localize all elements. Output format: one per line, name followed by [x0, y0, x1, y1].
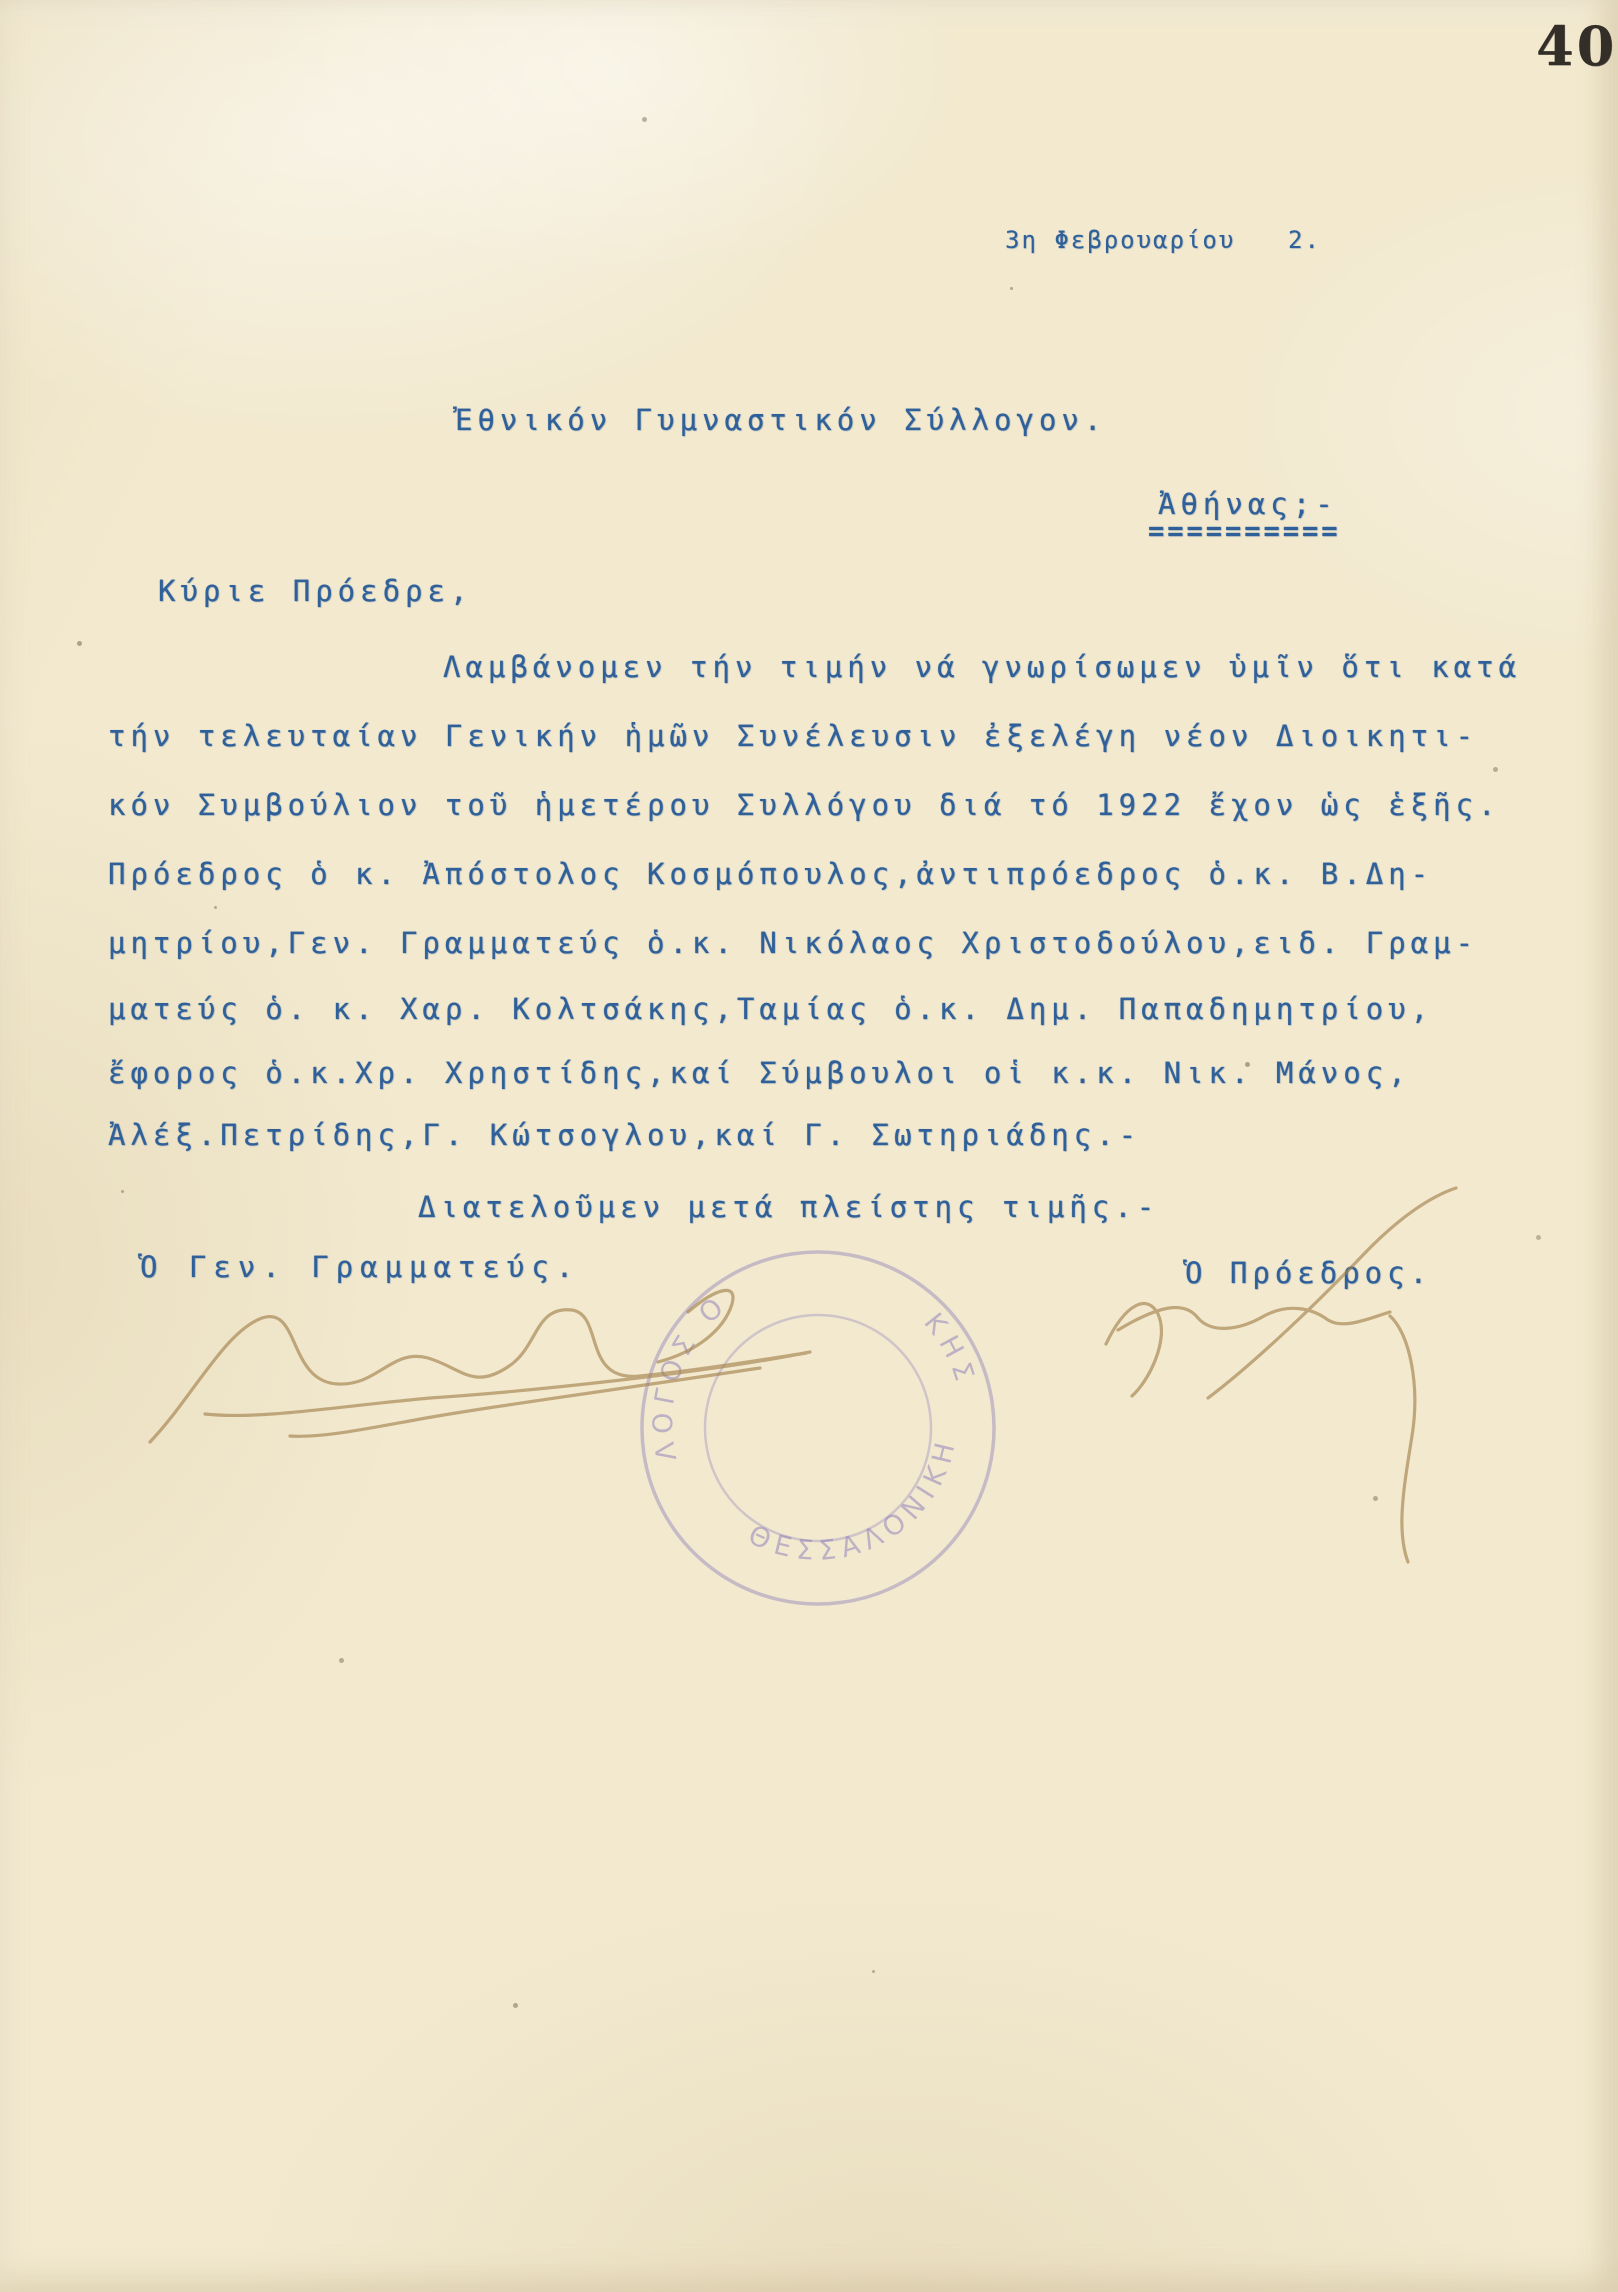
president-signature-slash: [1208, 1188, 1456, 1398]
paper-specks: [0, 0, 3, 3]
signatures-layer: [0, 0, 1618, 2292]
secretary-signature-loop: [658, 1290, 733, 1362]
president-signature-tail: [1390, 1316, 1415, 1562]
president-signature: [1106, 1304, 1390, 1396]
scanned-letter-page: 40 3η Φεβρουαρίου 2. Ἐθνικόν Γυμναστικόν…: [0, 0, 1618, 2292]
